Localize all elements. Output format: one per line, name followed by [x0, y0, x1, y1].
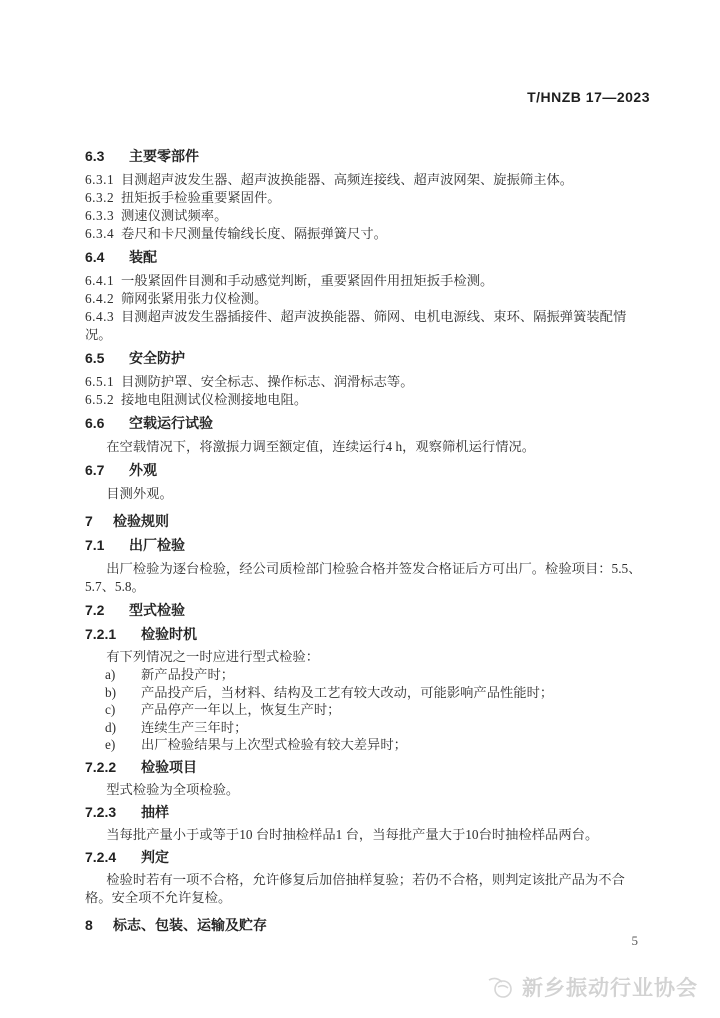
list-text: 产品投产后，当材料、结构及工艺有较大改动，可能影响产品性能时；	[141, 685, 553, 700]
section-number: 6.7	[85, 461, 129, 480]
clause: 6.3.3测速仪测试频率。	[85, 207, 651, 225]
section-number: 6.4	[85, 248, 129, 267]
clause: 6.3.4卷尺和卡尺测量传输线长度、隔振弹簧尺寸。	[85, 225, 651, 243]
paragraph: 在空载情况下，将激振力调至额定值，连续运行4 h，观察筛机运行情况。	[85, 438, 651, 456]
subsection-heading: 7.2.1检验时机	[85, 625, 651, 644]
list-item: e)出厂检验结果与上次型式检验有较大差异时；	[85, 736, 651, 754]
subsection-heading: 7.2.4判定	[85, 848, 651, 867]
list-item: b)产品投产后，当材料、结构及工艺有较大改动，可能影响产品性能时；	[85, 684, 651, 702]
watermark: 新乡振动行业协会	[486, 972, 698, 1002]
section-number: 6.5	[85, 349, 129, 368]
subsection-number: 7.2.3	[85, 803, 141, 822]
chapter-number: 7	[85, 512, 113, 531]
list-text: 新产品投产时；	[141, 667, 234, 682]
list-marker: a)	[105, 666, 141, 684]
clause-number: 6.3.3	[85, 207, 121, 225]
clause: 6.5.2接地电阻测试仪检测接地电阻。	[85, 391, 651, 409]
document-content: 6.3主要零部件 6.3.1目测超声波发生器、超声波换能器、高频连接线、超声波网…	[85, 142, 651, 940]
subsection-title: 判定	[141, 849, 169, 865]
clause: 6.4.1一般紧固件目测和手动感觉判断，重要紧固件用扭矩扳手检测。	[85, 272, 651, 290]
subsection-title: 抽样	[141, 804, 169, 820]
section-heading: 6.4装配	[85, 248, 651, 267]
list-marker: e)	[105, 736, 141, 754]
section-heading: 6.5安全防护	[85, 349, 651, 368]
section-title: 空载运行试验	[129, 415, 213, 431]
subsection-number: 7.2.4	[85, 848, 141, 867]
section-number: 7.2	[85, 601, 129, 620]
clause: 6.3.1目测超声波发生器、超声波换能器、高频连接线、超声波网架、旋振筛主体。	[85, 171, 651, 189]
paragraph: 目测外观。	[85, 485, 651, 503]
section-heading: 6.6空载运行试验	[85, 414, 651, 433]
clause-text: 测速仪测试频率。	[121, 208, 227, 223]
list-item: a)新产品投产时；	[85, 666, 651, 684]
subsection-heading: 7.2.3抽样	[85, 803, 651, 822]
list-item: c)产品停产一年以上，恢复生产时；	[85, 701, 651, 719]
list-marker: d)	[105, 719, 141, 737]
chapter-title: 检验规则	[113, 513, 169, 529]
clause: 6.5.1目测防护罩、安全标志、操作标志、润滑标志等。	[85, 373, 651, 391]
clause-number: 6.5.2	[85, 391, 121, 409]
list-item: d)连续生产三年时；	[85, 719, 651, 737]
section-heading: 7.2型式检验	[85, 601, 651, 620]
list-marker: b)	[105, 684, 141, 702]
paragraph: 检验时若有一项不合格，允许修复后加倍抽样复验；若仍不合格，则判定该批产品为不合格…	[85, 871, 651, 907]
section-number: 6.6	[85, 414, 129, 433]
clause-text: 一般紧固件目测和手动感觉判断，重要紧固件用扭矩扳手检测。	[121, 273, 493, 288]
clause-number: 6.3.4	[85, 225, 121, 243]
chapter-heading: 8标志、包装、运输及贮存	[85, 916, 651, 935]
chapter-heading: 7检验规则	[85, 512, 651, 531]
clause-text: 目测防护罩、安全标志、操作标志、润滑标志等。	[121, 374, 414, 389]
section-title: 主要零部件	[129, 148, 199, 164]
clause-text: 目测超声波发生器插接件、超声波换能器、筛网、电机电源线、束环、隔振弹簧装配情况。	[85, 309, 626, 342]
clause-number: 6.5.1	[85, 373, 121, 391]
section-number: 7.1	[85, 536, 129, 555]
clause-number: 6.3.1	[85, 171, 121, 189]
document-page: T/HNZB 17—2023 6.3主要零部件 6.3.1目测超声波发生器、超声…	[0, 0, 720, 1018]
doc-code: T/HNZB 17—2023	[527, 89, 650, 105]
clause-text: 目测超声波发生器、超声波换能器、高频连接线、超声波网架、旋振筛主体。	[121, 172, 573, 187]
subsection-heading: 7.2.2检验项目	[85, 758, 651, 777]
clause-number: 6.3.2	[85, 189, 121, 207]
section-title: 安全防护	[129, 350, 185, 366]
list-marker: c)	[105, 701, 141, 719]
association-logo-icon	[486, 974, 516, 1000]
clause-text: 扭矩扳手检验重要紧固件。	[121, 190, 281, 205]
clause-number: 6.4.1	[85, 272, 121, 290]
list-text: 出厂检验结果与上次型式检验有较大差异时；	[141, 737, 407, 752]
section-title: 出厂检验	[129, 537, 185, 553]
chapter-title: 标志、包装、运输及贮存	[113, 917, 267, 933]
section-title: 外观	[129, 462, 157, 478]
page-number: 5	[632, 933, 639, 949]
paragraph: 型式检验为全项检验。	[85, 781, 651, 799]
clause-text: 筛网张紧用张力仪检测。	[121, 291, 267, 306]
subsection-title: 检验项目	[141, 759, 197, 775]
clause-number: 6.4.2	[85, 290, 121, 308]
clause-text: 卷尺和卡尺测量传输线长度、隔振弹簧尺寸。	[121, 226, 387, 241]
subsection-title: 检验时机	[141, 626, 197, 642]
list-text: 产品停产一年以上，恢复生产时；	[141, 702, 340, 717]
list-text: 连续生产三年时；	[141, 720, 247, 735]
paragraph: 当每批产量小于或等于10 台时抽检样品1 台，当每批产量大于10台时抽检样品两台…	[85, 826, 651, 844]
watermark-text: 新乡振动行业协会	[522, 972, 698, 1002]
subsection-number: 7.2.1	[85, 625, 141, 644]
paragraph: 出厂检验为逐台检验，经公司质检部门检验合格并签发合格证后方可出厂。检验项目：5.…	[85, 560, 651, 596]
section-title: 型式检验	[129, 602, 185, 618]
clause: 6.4.2筛网张紧用张力仪检测。	[85, 290, 651, 308]
clause-number: 6.4.3	[85, 308, 121, 326]
clause: 6.4.3目测超声波发生器插接件、超声波换能器、筛网、电机电源线、束环、隔振弹簧…	[85, 308, 651, 344]
clause-text: 接地电阻测试仪检测接地电阻。	[121, 392, 307, 407]
section-number: 6.3	[85, 147, 129, 166]
paragraph: 有下列情况之一时应进行型式检验：	[85, 648, 651, 666]
section-title: 装配	[129, 249, 157, 265]
chapter-number: 8	[85, 916, 113, 935]
clause: 6.3.2扭矩扳手检验重要紧固件。	[85, 189, 651, 207]
section-heading: 6.7外观	[85, 461, 651, 480]
section-heading: 6.3主要零部件	[85, 147, 651, 166]
section-heading: 7.1出厂检验	[85, 536, 651, 555]
subsection-number: 7.2.2	[85, 758, 141, 777]
